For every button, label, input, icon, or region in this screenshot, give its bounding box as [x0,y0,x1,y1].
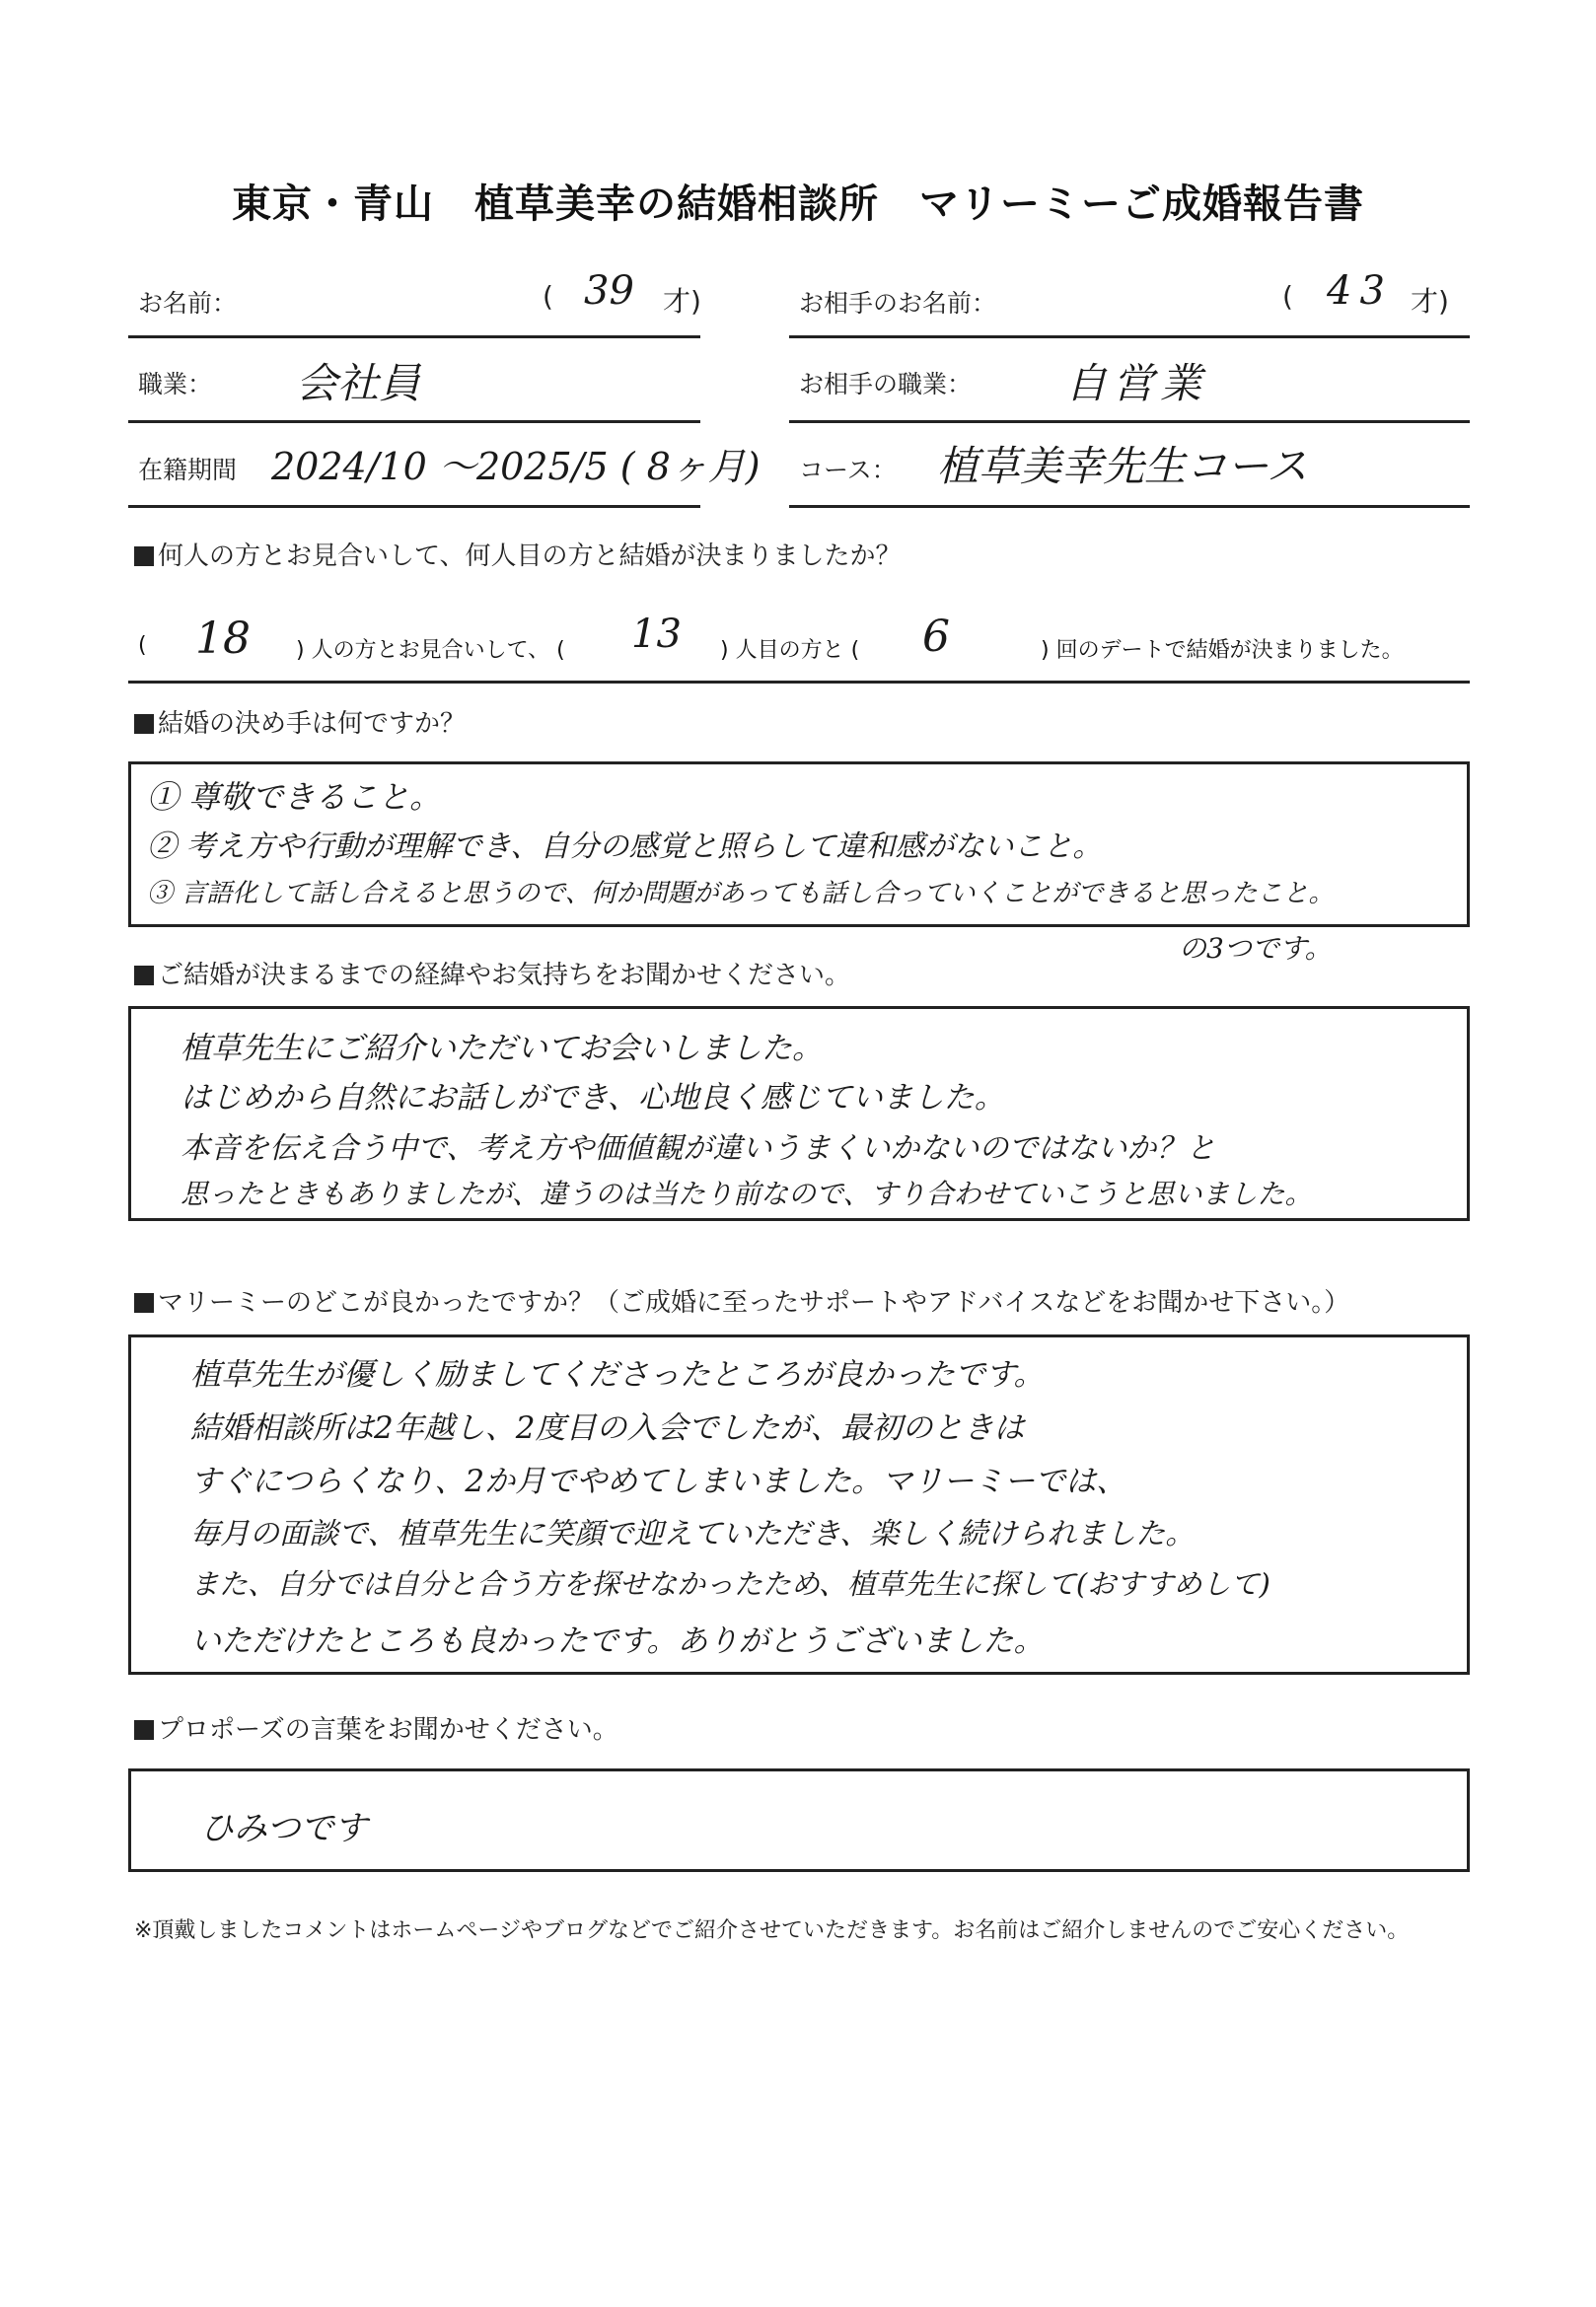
section-heading-story: ご結婚が決まるまでの経緯やお気持ちをお聞かせください。 [134,955,850,991]
period-label: 在籍期間 [138,451,237,486]
good-points-line-5: また、自分では自分と合う方を探せなかったため、植草先生に探して(おすすめして) [190,1562,1270,1603]
story-box: 植草先生にご紹介いただいてお会いしました。 はじめから自然にお話しができ、心地良… [128,1006,1470,1221]
occupation-value: 会社員 [296,351,420,410]
nth-person-text: ) 人目の方と ( [720,633,859,664]
met-count-value: 18 [195,613,251,664]
matchmaking-count-sentence: ( 18 ) 人の方とお見合いして、 ( 13 ) 人目の方と ( 6 ) 回の… [138,621,1470,671]
good-points-box: 植草先生が優しく励ましてくださったところが良かったです。 結婚相談所は2年越し、… [128,1334,1470,1675]
name-label: お名前： [138,284,237,320]
deciding-factor-trailing: の3つです。 [1179,927,1333,967]
square-bullet-icon [134,546,154,566]
met-count-text: ) 人の方とお見合いして、 ( [296,633,565,664]
heading-text: プロポーズの言葉をお聞かせください。 [158,1715,618,1745]
story-line-4: 思ったときもありましたが、違うのは当たり前なので、すり合わせていこうと思いました… [181,1173,1312,1212]
section-heading-deciding-factor: 結婚の決め手は何ですか？ [134,703,466,740]
course-value: 植草美幸先生コース [937,434,1308,493]
section-heading-proposal: プロポーズの言葉をお聞かせください。 [134,1709,618,1746]
good-points-line-1: 植草先生が優しく励ましてくださったところが良かったです。 [190,1349,1045,1394]
occupation-underline [128,420,700,423]
partner-name-underline [789,335,1470,338]
age-open-paren: ( [543,280,553,313]
occupation-label: 職業： [138,365,212,400]
partner-age-open-paren: ( [1282,280,1293,313]
deciding-factor-item-2: ② 考え方や行動が理解でき、自分の感覚と照らして違和感がないこと。 [147,822,1102,865]
matchmaking-underline [128,681,1470,684]
document-title: 東京・青山 植草美幸の結婚相談所 マリーミーご成婚報告書 [0,173,1596,229]
partner-name-label: お相手のお名前： [799,284,996,320]
date-count-value: 6 [922,612,950,662]
story-line-2: はじめから自然にお話しができ、心地良く感じていました。 [181,1072,1005,1117]
section-heading-good-points: マリーミーのどこが良かったですか？（ご成婚に至ったサポートやアドバイスなどをお聞… [134,1282,1349,1319]
heading-text: 何人の方とお見合いして、何人目の方と結婚が決まりましたか？ [158,541,901,571]
course-underline [789,505,1470,508]
section-heading-matchmaking-count: 何人の方とお見合いして、何人目の方と結婚が決まりましたか？ [134,536,901,572]
partner-occupation-underline [789,420,1470,423]
date-count-text: ) 回のデートで結婚が決まりました。 [1041,633,1404,664]
partner-occupation-value: 自営業 [1065,351,1207,410]
footer-note: ※頂戴しましたコメントはホームページやブログなどでご紹介させていただきます。お名… [134,1913,1409,1944]
partner-age-value: 43 [1327,268,1393,314]
square-bullet-icon [134,714,154,734]
age-value: 39 [584,268,634,314]
deciding-factor-item-3: ③ 言語化して話し合えると思うので、何か問題があっても話し合っていくことができる… [147,873,1335,909]
course-label: コース： [799,451,897,486]
proposal-box: ひみつです [128,1768,1470,1872]
partner-occupation-label: お相手の職業： [799,365,972,400]
name-underline [128,335,700,338]
square-bullet-icon [134,1720,154,1740]
nth-person-value: 13 [631,612,682,657]
period-value: 2024/10 ～2025/5 ( 8ヶ月) [271,436,761,490]
proposal-answer: ひみつです [200,1801,367,1849]
paren-open: ( [138,633,147,658]
partner-age-unit: 才) [1411,280,1449,320]
age-unit: 才) [663,280,701,320]
story-line-3: 本音を伝え合う中で、考え方や価値観が違いうまくいかないのではないか？と [181,1123,1215,1167]
square-bullet-icon [134,966,154,985]
good-points-line-6: いただけたところも良かったです。ありがとうございました。 [190,1616,1045,1660]
heading-text: マリーミーのどこが良かったですか？（ご成婚に至ったサポートやアドバイスなどをお聞… [158,1288,1349,1318]
story-line-1: 植草先生にご紹介いただいてお会いしました。 [181,1023,823,1067]
square-bullet-icon [134,1293,154,1313]
deciding-factor-item-1: ① 尊敬できること。 [147,772,441,818]
heading-text: 結婚の決め手は何ですか？ [158,709,466,739]
heading-text: ご結婚が決まるまでの経緯やお気持ちをお聞かせください。 [158,961,850,990]
good-points-line-2: 結婚相談所は2年越し、2度目の入会でしたが、最初のときは [190,1403,1024,1447]
good-points-line-3: すぐにつらくなり、2か月でやめてしまいました。マリーミーでは、 [190,1456,1126,1500]
good-points-line-4: 毎月の面談で、植草先生に笑顔で迎えていただき、楽しく続けられました。 [190,1509,1195,1552]
deciding-factor-box: ① 尊敬できること。 ② 考え方や行動が理解でき、自分の感覚と照らして違和感がな… [128,761,1470,927]
period-underline [128,505,700,508]
